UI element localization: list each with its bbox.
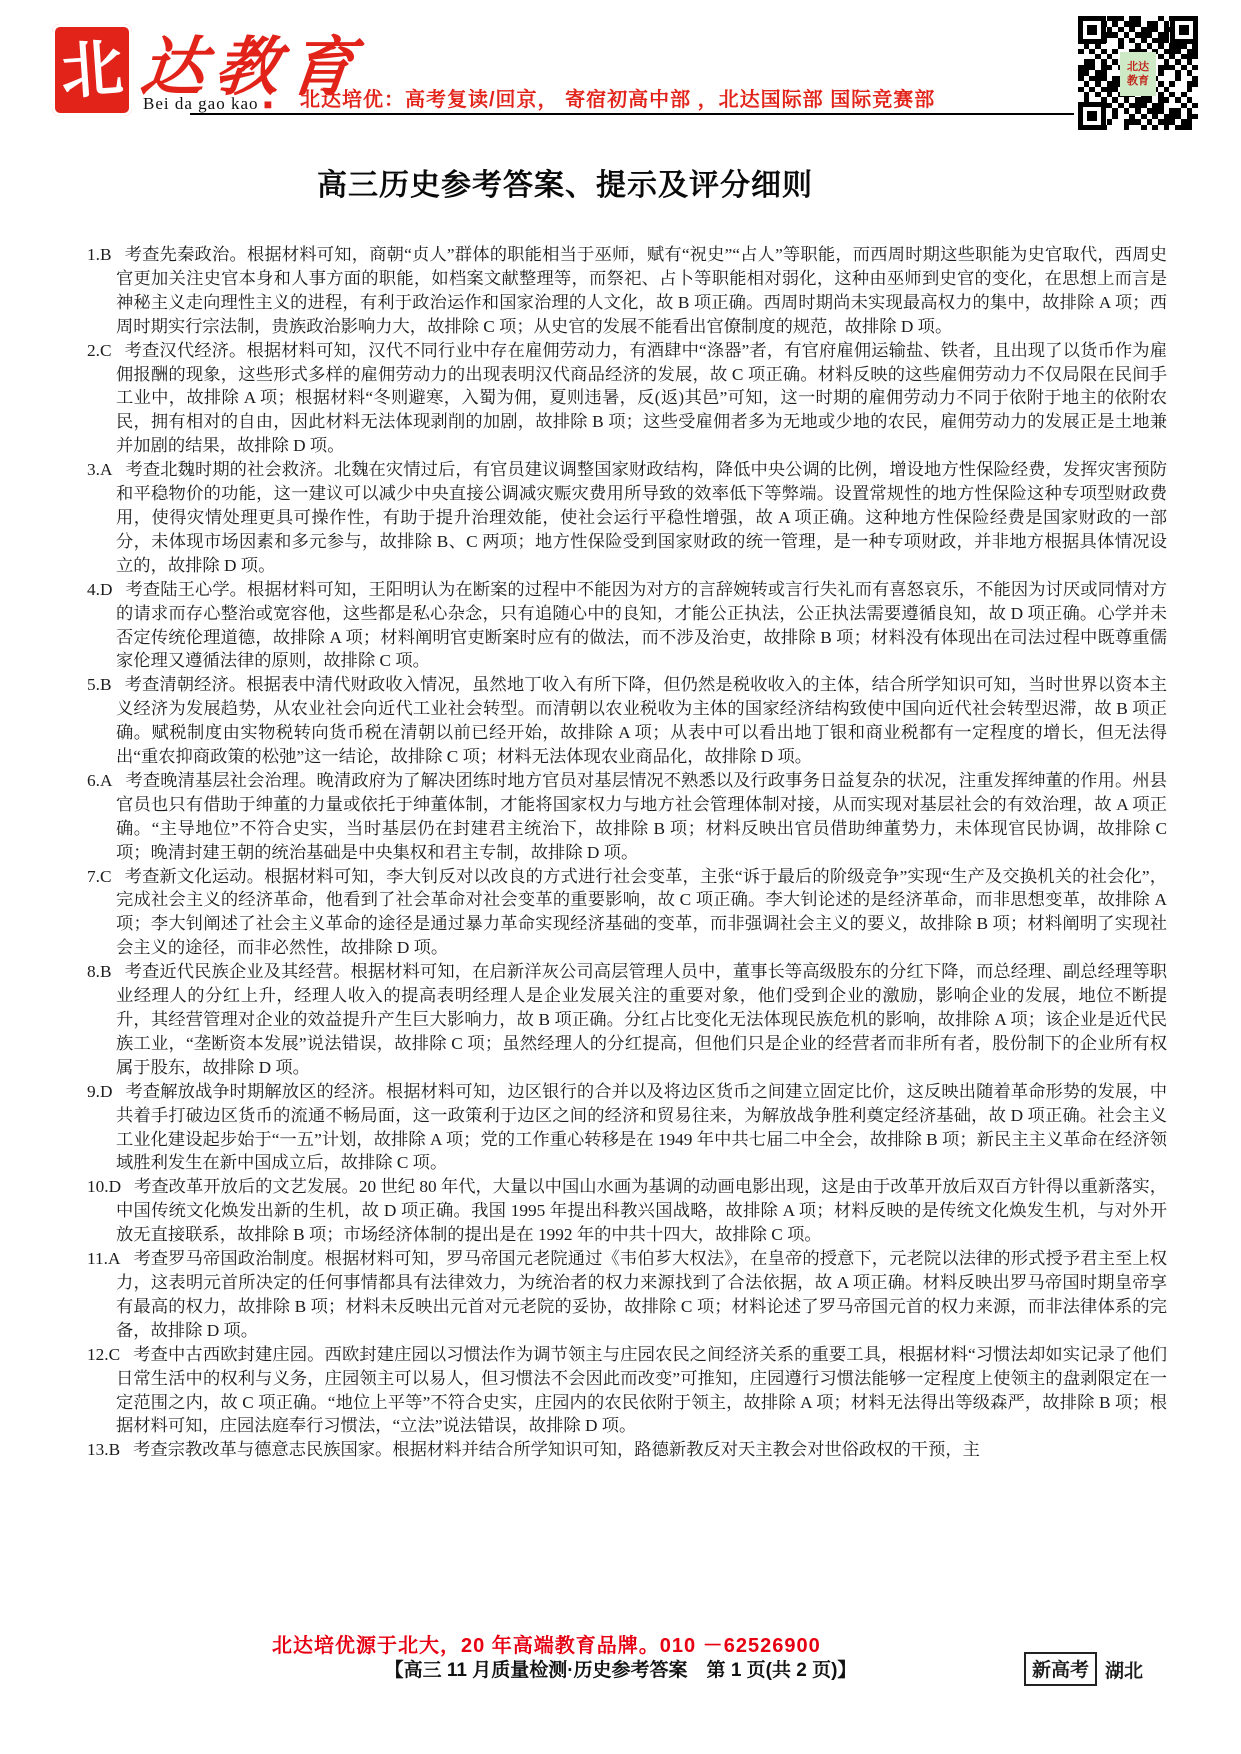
answer-number: 4.D <box>87 580 112 599</box>
header-divider <box>190 113 1074 115</box>
answer-text: 考查罗马帝国政治制度。根据材料可知，罗马帝国元老院通过《韦伯芗大权法》，在皇帝的… <box>116 1249 1167 1340</box>
footer-promo-text: 北达培优源于北大，20 年高端教育品牌。010 －62526900 <box>272 1629 821 1658</box>
answer-number: 9.D <box>87 1082 112 1101</box>
qr-code: 北达 教育 <box>1078 16 1198 130</box>
answer-number: 8.B <box>87 962 112 981</box>
answer-number: 11.A <box>87 1249 120 1268</box>
answer-number: 13.B <box>87 1440 120 1459</box>
answer-text: 考查解放战争时期解放区的经济。根据材料可知，边区银行的合并以及将边区货币之间建立… <box>116 1082 1167 1173</box>
answer-text: 考查近代民族企业及其经营。根据材料可知，在启新洋灰公司高层管理人员中，董事长等高… <box>116 962 1167 1077</box>
answer-item: 8.B考查近代民族企业及其经营。根据材料可知，在启新洋灰公司高层管理人员中，董事… <box>87 960 1167 1080</box>
answer-text: 考查中古西欧封建庄园。西欧封建庄园以习惯法作为调节领主与庄园农民之间经济关系的重… <box>116 1345 1167 1436</box>
answer-item: 2.C考查汉代经济。根据材料可知，汉代不同行业中存在雇佣劳动力，有酒肆中“涤器”… <box>87 339 1167 459</box>
red-square-icon: ■ <box>264 98 273 113</box>
footer-region-group: 新高考 湖北 <box>1024 1652 1143 1686</box>
answer-item: 10.D考查改革开放后的文艺发展。20 世纪 80 年代，大量以中国山水画为基调… <box>87 1175 1167 1247</box>
answer-text: 考查宗教改革与德意志民族国家。根据材料并结合所学知识可知，路德新教反对天主教会对… <box>133 1440 980 1459</box>
answer-text: 考查新文化运动。根据材料可知，李大钊反对以改良的方式进行社会变革，主张“诉于最后… <box>116 867 1167 958</box>
qr-finder-icon <box>1078 102 1106 130</box>
region-label: 湖北 <box>1105 1656 1143 1683</box>
answer-text: 考查陆王心学。根据材料可知，王阳明认为在断案的过程中不能因为对方的言辞婉转或言行… <box>116 580 1167 671</box>
answer-text: 考查晚清基层社会治理。晚清政府为了解决团练时地方官员对基层情况不熟悉以及行政事务… <box>116 771 1167 862</box>
answer-number: 12.C <box>87 1345 120 1364</box>
brand-subtext: Bei da gao kao ■ <box>143 94 273 114</box>
qr-finder-icon <box>1078 16 1106 44</box>
answer-number: 6.A <box>87 771 112 790</box>
qr-center-label: 北达 教育 <box>1120 52 1156 96</box>
answer-item: 13.B考查宗教改革与德意志民族国家。根据材料并结合所学知识可知，路德新教反对天… <box>87 1438 1167 1462</box>
qr-finder-icon <box>1170 16 1198 44</box>
answers-list: 1.B考查先秦政治。根据材料可知，商朝“贞人”群体的职能相当于巫师，赋有“祝史”… <box>87 243 1167 1462</box>
answer-item: 1.B考查先秦政治。根据材料可知，商朝“贞人”群体的职能相当于巫师，赋有“祝史”… <box>87 243 1167 339</box>
answer-number: 7.C <box>87 867 112 886</box>
page-title: 高三历史参考答案、提示及评分细则 <box>60 160 1070 204</box>
answer-item: 11.A考查罗马帝国政治制度。根据材料可知，罗马帝国元老院通过《韦伯芗大权法》，… <box>87 1247 1167 1343</box>
answer-number: 1.B <box>87 245 112 264</box>
seal-character: 北 <box>59 37 125 103</box>
answer-item: 12.C考查中古西欧封建庄园。西欧封建庄园以习惯法作为调节领主与庄园农民之间经济… <box>87 1343 1167 1439</box>
answer-item: 7.C考查新文化运动。根据材料可知，李大钊反对以改良的方式进行社会变革，主张“诉… <box>87 865 1167 961</box>
answer-text: 考查北魏时期的社会救济。北魏在灾情过后，有官员建议调整国家财政结构，降低中央公调… <box>116 460 1167 575</box>
answer-item: 6.A考查晚清基层社会治理。晚清政府为了解决团练时地方官员对基层情况不熟悉以及行… <box>87 769 1167 865</box>
answer-text: 考查改革开放后的文艺发展。20 世纪 80 年代，大量以中国山水画为基调的动画电… <box>116 1177 1167 1244</box>
answer-item: 5.B考查清朝经济。根据表中清代财政收入情况，虽然地丁收入有所下降，但仍然是税收… <box>87 673 1167 769</box>
header-tagline: 北达培优：高考复读/回京， 寄宿初高中部 ，北达国际部 国际竞赛部 <box>300 83 1080 112</box>
answer-text: 考查清朝经济。根据表中清代财政收入情况，虽然地丁收入有所下降，但仍然是税收收入的… <box>116 675 1167 766</box>
answer-number: 3.A <box>87 460 112 479</box>
answer-text: 考查汉代经济。根据材料可知，汉代不同行业中存在雇佣劳动力，有酒肆中“涤器”者，有… <box>116 341 1167 456</box>
answer-item: 3.A考查北魏时期的社会救济。北魏在灾情过后，有官员建议调整国家财政结构，降低中… <box>87 458 1167 578</box>
exam-tag-badge: 新高考 <box>1024 1652 1097 1686</box>
answer-number: 2.C <box>87 341 112 360</box>
answer-number: 5.B <box>87 675 112 694</box>
answer-number: 10.D <box>87 1177 121 1196</box>
answer-sheet-page: 北 达教育 Bei da gao kao ■ 北达培优：高考复读/回京， 寄宿初… <box>0 0 1241 1754</box>
answer-item: 9.D考查解放战争时期解放区的经济。根据材料可知，边区银行的合并以及将边区货币之… <box>87 1080 1167 1176</box>
brand-seal-logo-icon: 北 <box>52 24 132 116</box>
answer-text: 考查先秦政治。根据材料可知，商朝“贞人”群体的职能相当于巫师，赋有“祝史”“占人… <box>116 245 1167 336</box>
answer-item: 4.D考查陆王心学。根据材料可知，王阳明认为在断案的过程中不能因为对方的言辞婉转… <box>87 578 1167 674</box>
